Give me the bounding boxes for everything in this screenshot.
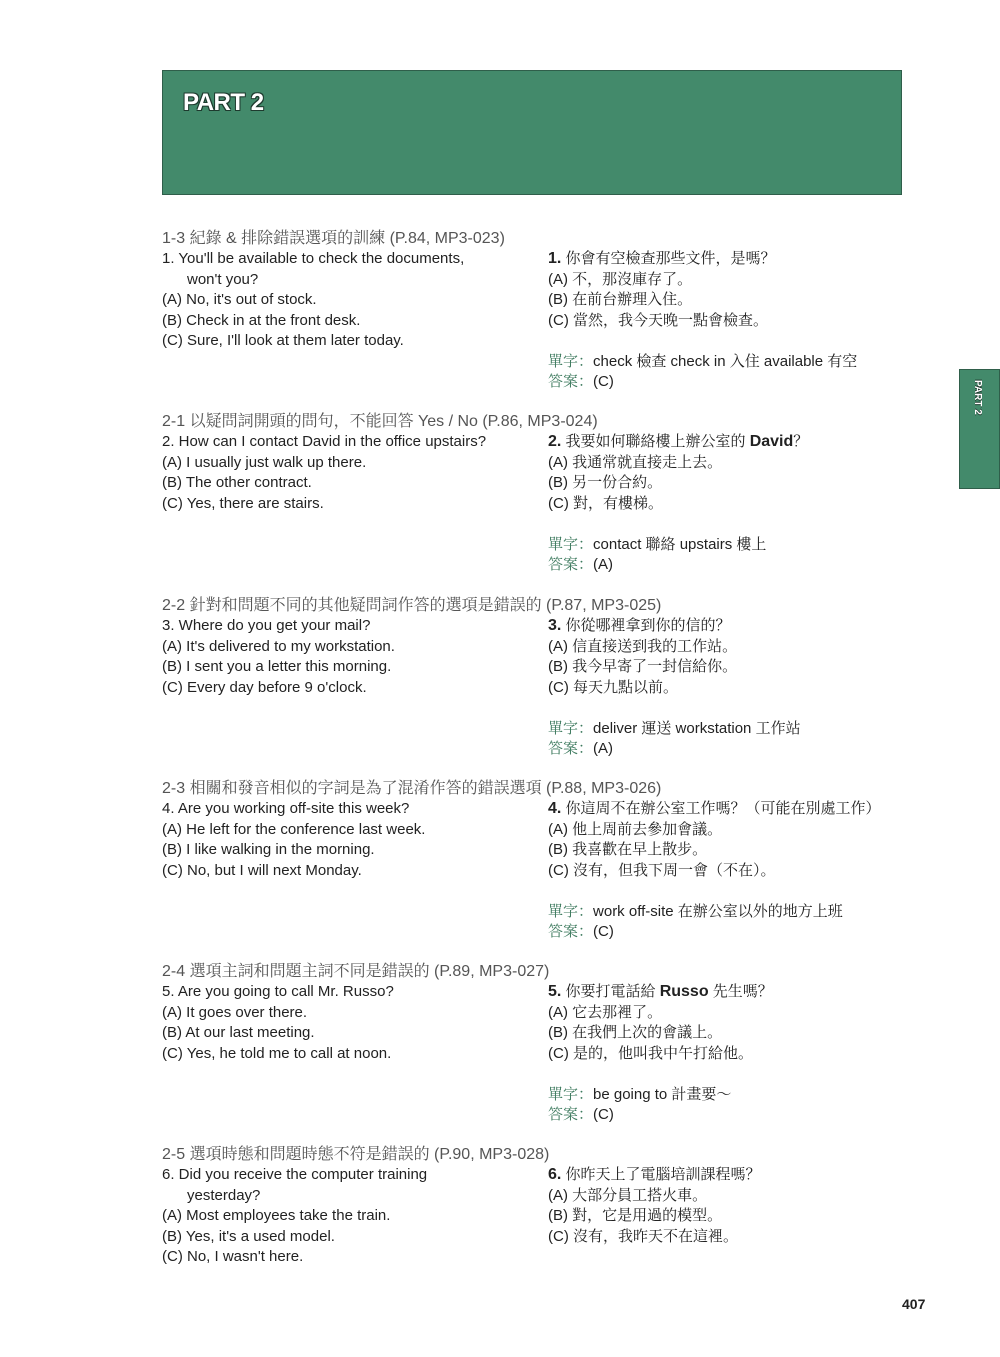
option-b-en: (B) At our last meeting.: [162, 1023, 532, 1044]
option-c-zh: (C) 沒有，但我下周一會（不在）。: [548, 861, 908, 882]
option-c-en: (C) No, but I will next Monday.: [162, 861, 532, 882]
option-a-zh: (A) 信直接送到我的工作站。: [548, 637, 908, 658]
option-c-en: (C) Yes, there are stairs.: [162, 494, 532, 515]
option-b-en: (B) I sent you a letter this morning.: [162, 657, 532, 678]
question-zh: 2. 我要如何聯絡樓上辦公室的 David？: [548, 432, 908, 453]
question-en-cont: won't you?: [162, 270, 532, 291]
question-en: 5. Are you going to call Mr. Russo?: [162, 982, 532, 1003]
side-part-tab: PART 2: [959, 369, 1000, 489]
section-2-4: 2-4 選項主詞和問題主詞不同是錯誤的 (P.89, MP3-027) 5. A…: [162, 962, 902, 982]
answer-line: 答案：(A): [548, 555, 908, 576]
option-b-en: (B) Check in at the front desk.: [162, 311, 532, 332]
page-number: 407: [902, 1296, 925, 1312]
question-en: 1. You'll be available to check the docu…: [162, 249, 532, 270]
question-en: 6. Did you receive the computer training: [162, 1165, 532, 1186]
section-title: 2-1 以疑問詞開頭的問句，不能回答 Yes / No (P.86, MP3-0…: [162, 412, 902, 432]
option-a-en: (A) No, it's out of stock.: [162, 290, 532, 311]
question-zh: 3. 你從哪裡拿到你的信的？: [548, 616, 908, 637]
part-banner: PART 2: [162, 70, 902, 195]
option-b-zh: (B) 另一份合約。: [548, 473, 908, 494]
chinese-column: 5. 你要打電話給 Russo 先生嗎？ (A) 它去那裡了。 (B) 在我們上…: [548, 982, 908, 1126]
option-b-en: (B) Yes, it's a used model.: [162, 1227, 532, 1248]
question-zh: 6. 你昨天上了電腦培訓課程嗎？: [548, 1165, 908, 1186]
option-a-en: (A) He left for the conference last week…: [162, 820, 532, 841]
chinese-column: 6. 你昨天上了電腦培訓課程嗎？ (A) 大部分員工搭火車。 (B) 對，它是用…: [548, 1165, 908, 1247]
option-a-zh: (A) 不，那沒庫存了。: [548, 270, 908, 291]
question-en-cont: yesterday?: [162, 1186, 532, 1207]
vocab-line: 單字：deliver 運送 workstation 工作站: [548, 719, 908, 740]
option-c-en: (C) Sure, I'll look at them later today.: [162, 331, 532, 352]
question-zh: 4. 你這周不在辦公室工作嗎？（可能在別處工作）: [548, 799, 908, 820]
english-column: 3. Where do you get your mail? (A) It's …: [162, 616, 532, 698]
answer-line: 答案：(C): [548, 1105, 908, 1126]
option-c-zh: (C) 當然，我今天晚一點會檢查。: [548, 311, 908, 332]
vocab-line: 單字：check 檢查 check in 入住 available 有空: [548, 352, 908, 373]
option-a-en: (A) It goes over there.: [162, 1003, 532, 1024]
section-title: 2-4 選項主詞和問題主詞不同是錯誤的 (P.89, MP3-027): [162, 962, 902, 982]
option-a-zh: (A) 他上周前去參加會議。: [548, 820, 908, 841]
question-en: 4. Are you working off-site this week?: [162, 799, 532, 820]
option-b-zh: (B) 我喜歡在早上散步。: [548, 840, 908, 861]
option-a-zh: (A) 大部分員工搭火車。: [548, 1186, 908, 1207]
option-a-en: (A) I usually just walk up there.: [162, 453, 532, 474]
question-en: 3. Where do you get your mail?: [162, 616, 532, 637]
section-2-2: 2-2 針對和問題不同的其他疑問詞作答的選項是錯誤的 (P.87, MP3-02…: [162, 596, 902, 616]
option-b-en: (B) I like walking in the morning.: [162, 840, 532, 861]
option-a-zh: (A) 它去那裡了。: [548, 1003, 908, 1024]
english-column: 2. How can I contact David in the office…: [162, 432, 532, 514]
option-c-zh: (C) 沒有，我昨天不在這裡。: [548, 1227, 908, 1248]
vocab-line: 單字：contact 聯絡 upstairs 樓上: [548, 535, 908, 556]
section-1-3: 1-3 紀錄 & 排除錯誤選項的訓練 (P.84, MP3-023) 1. Yo…: [162, 229, 902, 249]
option-c-en: (C) Yes, he told me to call at noon.: [162, 1044, 532, 1065]
option-c-en: (C) Every day before 9 o'clock.: [162, 678, 532, 699]
section-title: 2-2 針對和問題不同的其他疑問詞作答的選項是錯誤的 (P.87, MP3-02…: [162, 596, 902, 616]
question-en: 2. How can I contact David in the office…: [162, 432, 532, 453]
side-tab-label: PART 2: [972, 380, 983, 415]
section-title: 2-5 選項時態和問題時態不符是錯誤的 (P.90, MP3-028): [162, 1145, 902, 1165]
option-a-en: (A) It's delivered to my workstation.: [162, 637, 532, 658]
section-2-3: 2-3 相關和發音相似的字詞是為了混淆作答的錯誤選項 (P.88, MP3-02…: [162, 779, 902, 799]
question-zh: 1. 你會有空檢查那些文件，是嗎？: [548, 249, 908, 270]
option-c-zh: (C) 是的，他叫我中午打給他。: [548, 1044, 908, 1065]
option-c-zh: (C) 對，有樓梯。: [548, 494, 908, 515]
answer-line: 答案：(C): [548, 922, 908, 943]
part-title: PART 2: [183, 89, 264, 117]
english-column: 6. Did you receive the computer training…: [162, 1165, 532, 1268]
section-2-1: 2-1 以疑問詞開頭的問句，不能回答 Yes / No (P.86, MP3-0…: [162, 412, 902, 432]
answer-line: 答案：(C): [548, 372, 908, 393]
section-title: 1-3 紀錄 & 排除錯誤選項的訓練 (P.84, MP3-023): [162, 229, 902, 249]
chinese-column: 1. 你會有空檢查那些文件，是嗎？ (A) 不，那沒庫存了。 (B) 在前台辦理…: [548, 249, 908, 393]
chinese-column: 3. 你從哪裡拿到你的信的？ (A) 信直接送到我的工作站。 (B) 我今早寄了…: [548, 616, 908, 760]
option-b-zh: (B) 在我們上次的會議上。: [548, 1023, 908, 1044]
vocab-line: 單字：work off-site 在辦公室以外的地方上班: [548, 902, 908, 923]
english-column: 5. Are you going to call Mr. Russo? (A) …: [162, 982, 532, 1064]
option-b-zh: (B) 對，它是用過的模型。: [548, 1206, 908, 1227]
english-column: 4. Are you working off-site this week? (…: [162, 799, 532, 881]
english-column: 1. You'll be available to check the docu…: [162, 249, 532, 352]
option-b-zh: (B) 我今早寄了一封信給你。: [548, 657, 908, 678]
section-title: 2-3 相關和發音相似的字詞是為了混淆作答的錯誤選項 (P.88, MP3-02…: [162, 779, 902, 799]
option-a-zh: (A) 我通常就直接走上去。: [548, 453, 908, 474]
option-a-en: (A) Most employees take the train.: [162, 1206, 532, 1227]
option-c-en: (C) No, I wasn't here.: [162, 1247, 532, 1268]
option-b-zh: (B) 在前台辦理入住。: [548, 290, 908, 311]
option-b-en: (B) The other contract.: [162, 473, 532, 494]
question-zh: 5. 你要打電話給 Russo 先生嗎？: [548, 982, 908, 1003]
answer-line: 答案：(A): [548, 739, 908, 760]
vocab-line: 單字：be going to 計畫要～: [548, 1085, 908, 1106]
chinese-column: 2. 我要如何聯絡樓上辦公室的 David？ (A) 我通常就直接走上去。 (B…: [548, 432, 908, 576]
option-c-zh: (C) 每天九點以前。: [548, 678, 908, 699]
chinese-column: 4. 你這周不在辦公室工作嗎？（可能在別處工作） (A) 他上周前去參加會議。 …: [548, 799, 908, 943]
section-2-5: 2-5 選項時態和問題時態不符是錯誤的 (P.90, MP3-028) 6. D…: [162, 1145, 902, 1165]
